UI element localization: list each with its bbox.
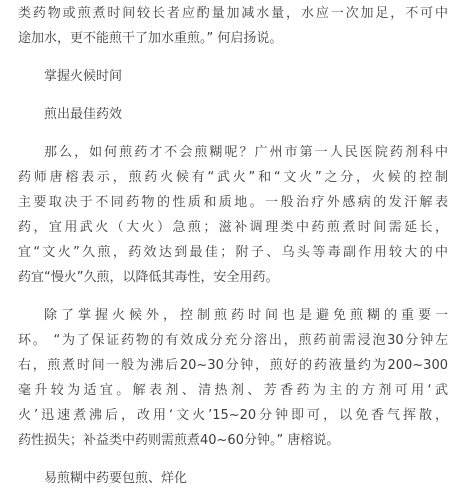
- text-line: 途加水，更不能煎干了加水重煎。” 何启扬说。: [18, 26, 448, 51]
- paragraph-water-amount: 类药物或煎煮时间较长者应酌量加减水量，水应一次加足，不可中 途加水，更不能煎干了…: [18, 1, 448, 51]
- text-line: 药性损失；补益类中药则需煎煮40~60分钟。” 唐榕说。: [18, 428, 448, 453]
- article-body: 类药物或煎煮时间较长者应酌量加减水量，水应一次加足，不可中 途加水，更不能煎干了…: [0, 0, 452, 491]
- text-line: 右，煎煮时间一般为沸后20~30分钟，煎好的药液量约为200~300: [18, 353, 448, 378]
- text-line: 毫升较为适宜。解表剂、清热剂、芳香药为主的方剂可用‘武: [18, 378, 448, 403]
- text-line: 药，宜用武火（大火）急煎；滋补调理类中药煎煮时间需延长，: [18, 215, 448, 240]
- text-line: 药宜“慢火”久煎，以降低其毒性，安全用药。: [18, 265, 448, 290]
- paragraph-decoction-time: 除了掌握火候外，控制煎药时间也是避免煎糊的重要一 环。 “为了保证药物的有效成分…: [18, 303, 448, 453]
- paragraph-fire-control: 那么，如何煎药才不会煎糊呢？广州市第一人民医院药剂科中 药师唐榕表示，煎药火候有…: [18, 140, 448, 290]
- text-line: 药师唐榕表示，煎药火候有“武火”和“文火”之分，火候的控制: [18, 165, 448, 190]
- section-heading-baojian-yanghua: 易煎糊中药要包煎、烊化: [18, 466, 448, 491]
- text-line: 类药物或煎煮时间较长者应酌量加减水量，水应一次加足，不可中: [18, 1, 448, 26]
- text-line: 环。 “为了保证药物的有效成分充分溶出，煎药前需浸泡30分钟左: [18, 328, 448, 353]
- text-line: 除了掌握火候外，控制煎药时间也是避免煎糊的重要一: [18, 303, 448, 328]
- text-line: 宜“文火”久煎，药效达到最佳；附子、乌头等毒副作用较大的中: [18, 240, 448, 265]
- text-line: 火’迅速煮沸后，改用‘文火’15~20分钟即可，以免香气挥散，: [18, 403, 448, 428]
- section-heading-huohou-time: 掌握火候时间: [18, 64, 448, 89]
- section-heading-best-effect: 煎出最佳药效: [18, 102, 448, 127]
- text-line: 主要取决于不同药物的性质和质地。一般治疗外感病的发汗解表: [18, 190, 448, 215]
- text-line: 那么，如何煎药才不会煎糊呢？广州市第一人民医院药剂科中: [18, 140, 448, 165]
